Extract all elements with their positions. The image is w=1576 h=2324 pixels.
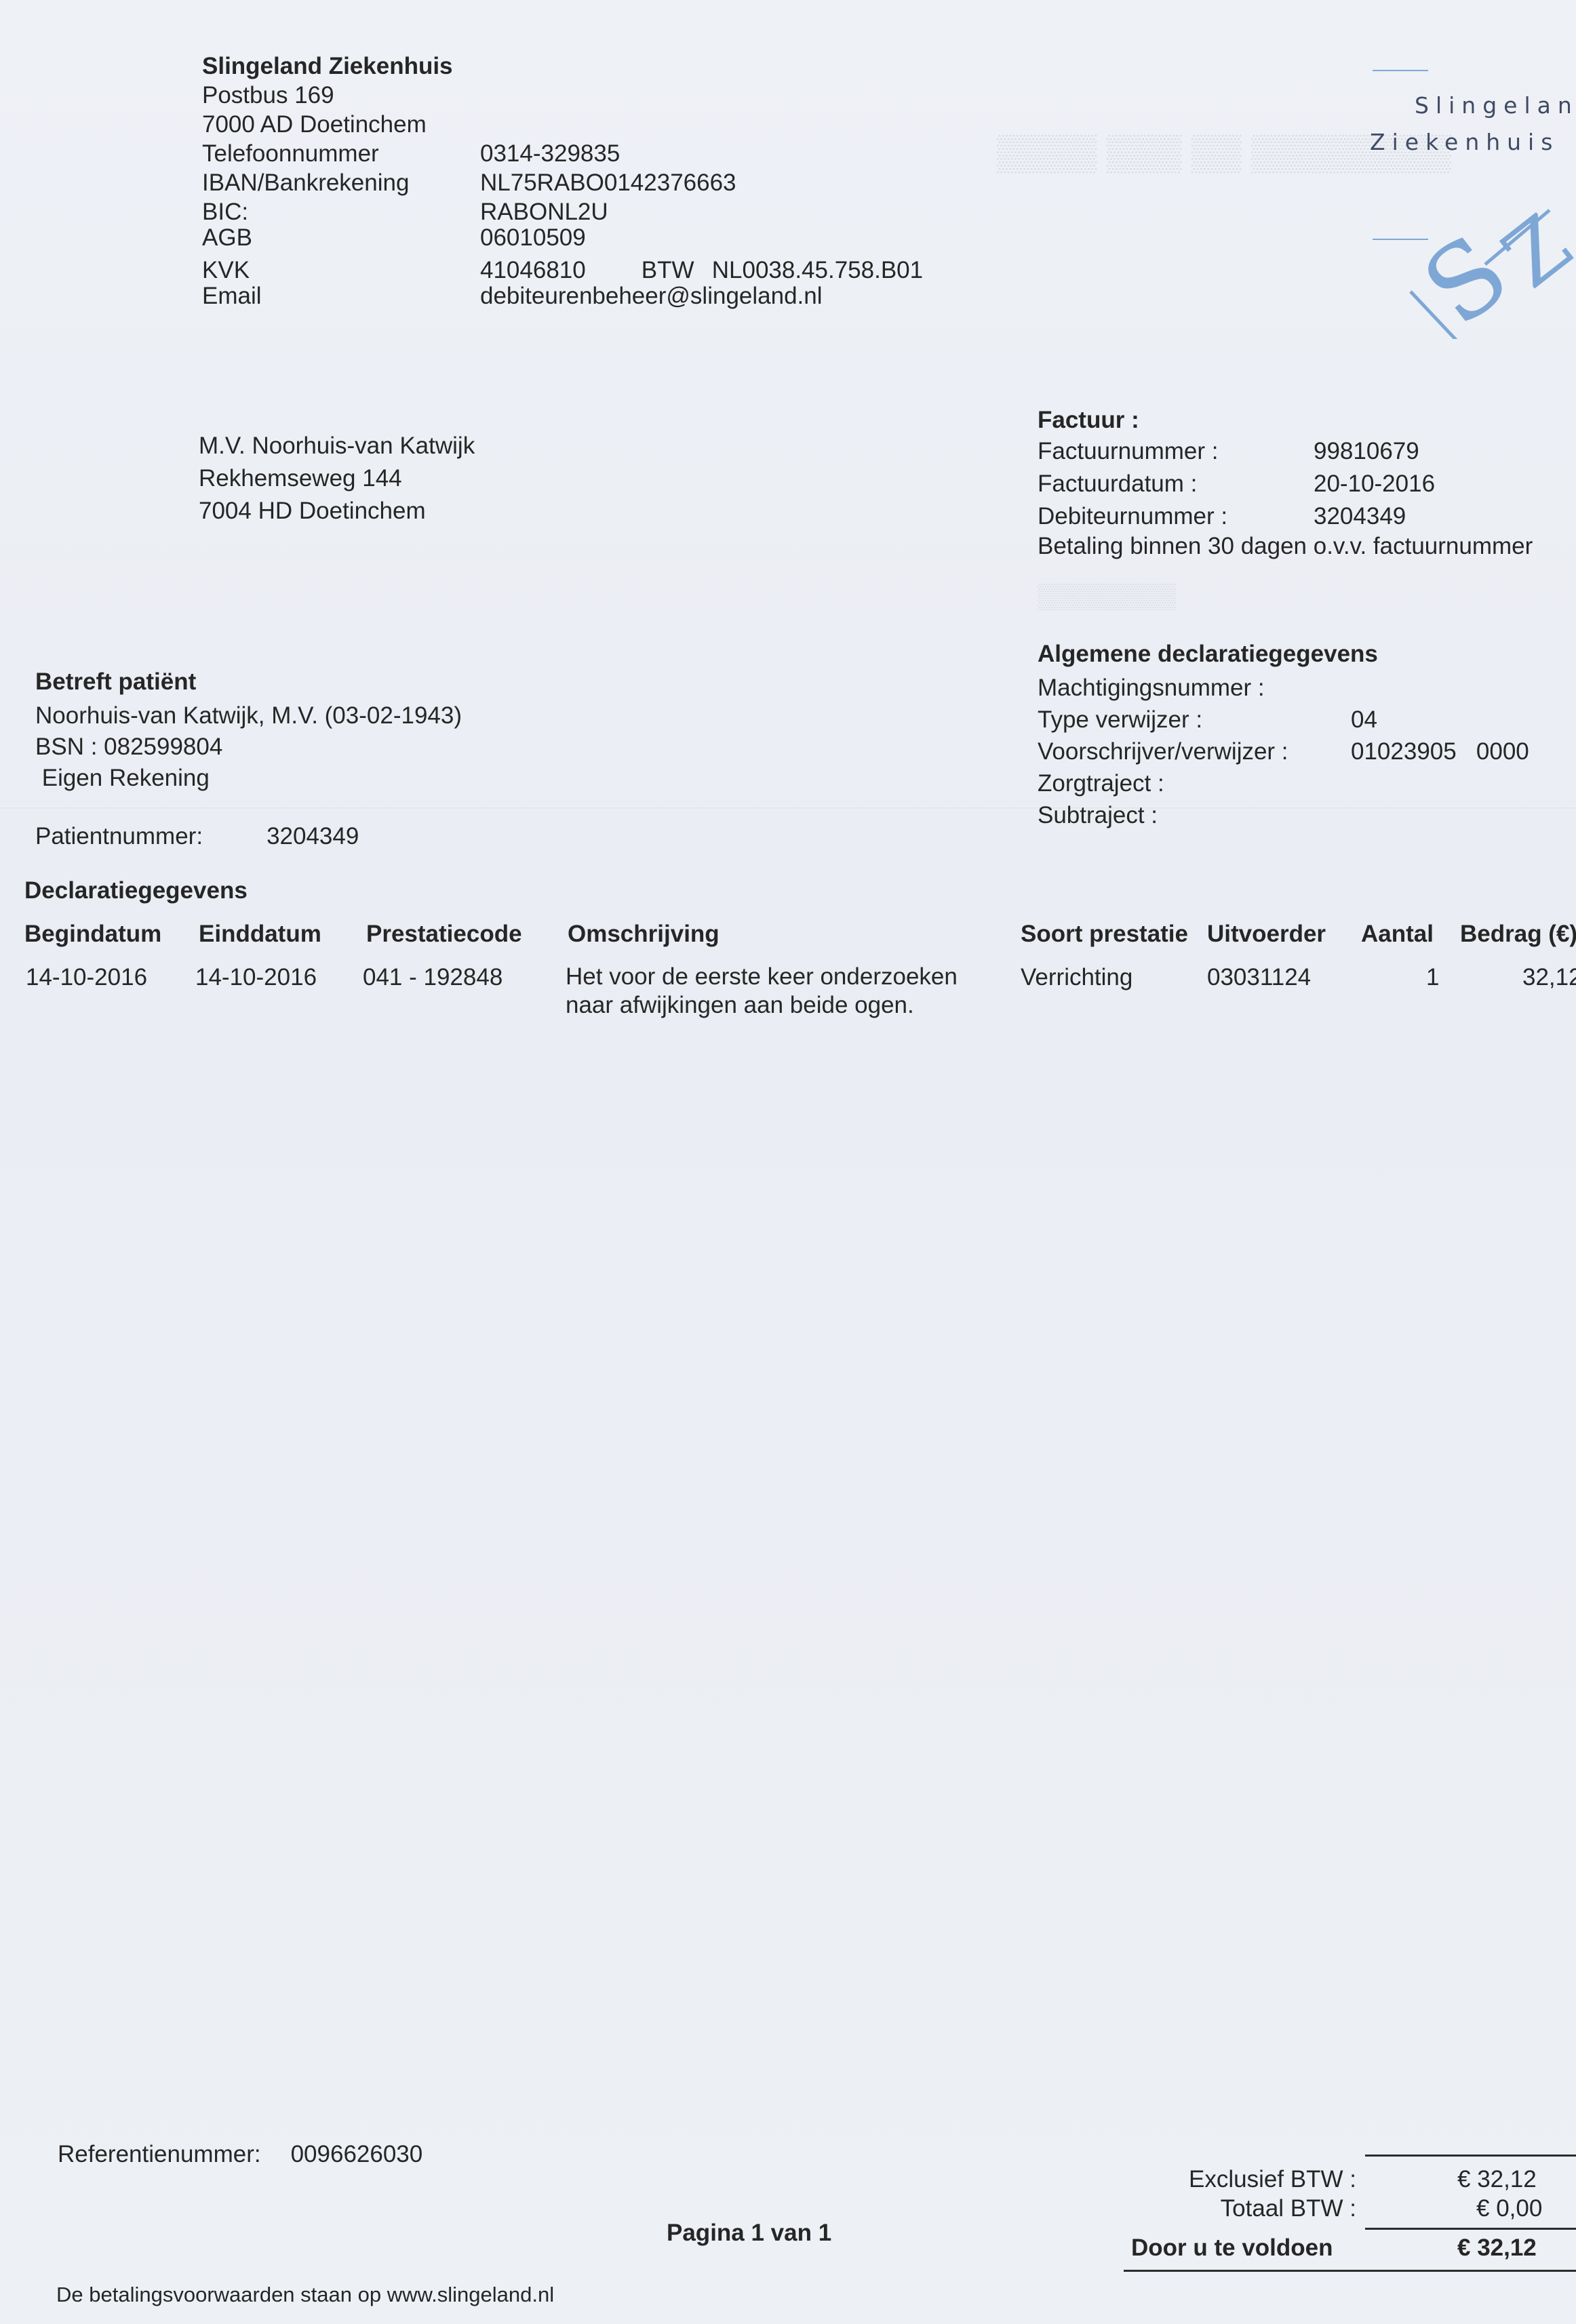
col-header-einddatum: Einddatum — [199, 921, 321, 948]
kvk-label: KVK — [202, 258, 480, 282]
invoice-details: Factuur : Factuurnummer : 99810679 Factu… — [1038, 408, 1533, 567]
patient-number-label: Patientnummer: — [35, 823, 203, 849]
sz-logo-mark-icon: S Z — [1397, 203, 1576, 339]
debtor-number-value: 3204349 — [1314, 504, 1406, 534]
general-claim-heading: Algemene declaratiegegevens — [1038, 642, 1529, 676]
claim-heading: Declaratiegegevens — [24, 879, 248, 902]
excl-btw-label: Exclusief BTW : — [1017, 2166, 1356, 2193]
invoice-number-row: Factuurnummer : 99810679 — [1038, 439, 1533, 472]
prescriber-value: 01023905 0000 — [1351, 740, 1529, 772]
cell-bedrag: 32,12 — [1522, 964, 1576, 991]
btw-label: BTW — [642, 258, 712, 282]
col-header-bedrag: Bedrag (€) — [1460, 921, 1576, 948]
btw-value: NL0038.45.758.B01 — [712, 258, 923, 282]
col-header-soort: Soort prestatie — [1021, 921, 1188, 948]
page-indicator: Pagina 1 van 1 — [667, 2221, 831, 2245]
debtor-number-row: Debiteurnummer : 3204349 — [1038, 504, 1533, 534]
invoice-heading: Factuur : — [1038, 408, 1533, 439]
invoice-date-value: 20-10-2016 — [1314, 472, 1435, 504]
agb-value: 06010509 — [480, 226, 586, 249]
prescriber-label: Voorschrijver/verwijzer : — [1038, 740, 1351, 772]
col-header-begindatum: Begindatum — [24, 921, 161, 948]
amount-due-label: Door u te voldoen — [1131, 2236, 1333, 2260]
phone-label: Telefoonnummer — [202, 142, 480, 165]
sender-block: Slingeland Ziekenhuis Postbus 169 7000 A… — [202, 54, 923, 313]
totals-rule-bottom — [1124, 2270, 1576, 2272]
payment-note: Betaling binnen 30 dagen o.v.v. factuurn… — [1038, 534, 1533, 567]
sender-address-line2: 7000 AD Doetinchem — [202, 113, 923, 142]
email-value: debiteurenbeheer@slingeland.nl — [480, 284, 823, 308]
general-claim-details: Algemene declaratiegegevens Machtigingsn… — [1038, 642, 1529, 835]
patient-account-type: Eigen Rekening — [35, 766, 462, 797]
authorization-number-label: Machtigingsnummer : — [1038, 676, 1351, 708]
sender-address-line1: Postbus 169 — [202, 83, 923, 113]
patient-details: Betreft patiënt Noorhuis-van Katwijk, M.… — [35, 670, 462, 797]
referrer-type-row: Type verwijzer : 04 — [1038, 708, 1529, 740]
patient-bsn: BSN : 082599804 — [35, 735, 462, 766]
email-label: Email — [202, 284, 480, 308]
amount-due-value: € 32,12 — [1457, 2236, 1537, 2260]
payment-terms-note: De betalingsvoorwaarden staan op www.sli… — [56, 2283, 554, 2307]
logo-text-line1: Slingeland — [1415, 92, 1576, 119]
phone-value: 0314-329835 — [480, 142, 620, 165]
reference-number-value: 0096626030 — [291, 2141, 423, 2167]
reference-number-label: Referentienummer: — [58, 2141, 261, 2167]
iban-value: NL75RABO0142376663 — [480, 171, 736, 195]
logo-text-line2: Ziekenhuis — [1370, 129, 1559, 155]
kvk-value: 41046810 — [480, 258, 586, 282]
debtor-number-label: Debiteurnummer : — [1038, 504, 1314, 534]
reference-number-row: Referentienummer:0096626030 — [58, 2142, 422, 2166]
col-header-prestatiecode: Prestatiecode — [366, 921, 522, 948]
care-pathway-row: Zorgtraject : — [1038, 772, 1529, 803]
recipient-city: 7004 HD Doetinchem — [199, 499, 475, 532]
agb-label: AGB — [202, 226, 480, 249]
totals-rule-top — [1365, 2155, 1576, 2157]
total-btw-label: Totaal BTW : — [1017, 2195, 1356, 2222]
sender-phone-row: Telefoonnummer 0314-329835 — [202, 142, 923, 171]
sender-iban-row: IBAN/Bankrekening NL75RABO0142376663 — [202, 171, 923, 200]
invoice-date-label: Factuurdatum : — [1038, 472, 1314, 504]
sender-email-row: Email debiteurenbeheer@slingeland.nl — [202, 284, 923, 313]
invoice-page — [0, 0, 1576, 2324]
sender-kvk-row: KVK 41046810 BTW NL0038.45.758.B01 — [202, 258, 923, 284]
patient-heading: Betreft patiënt — [35, 670, 462, 704]
bic-value: RABONL2U — [480, 200, 608, 224]
recipient-street: Rekhemseweg 144 — [199, 466, 475, 499]
excl-btw-value: € 32,12 — [1440, 2166, 1576, 2193]
col-header-omschrijving: Omschrijving — [568, 921, 720, 948]
patient-number-value: 3204349 — [267, 823, 359, 849]
referrer-type-value: 04 — [1351, 708, 1377, 740]
sender-agb-row: AGB 06010509 — [202, 226, 923, 258]
cell-uitvoerder: 03031124 — [1207, 964, 1311, 991]
col-header-aantal: Aantal — [1361, 921, 1434, 948]
subtrajectory-label: Subtraject : — [1038, 803, 1351, 835]
cell-prestatiecode: 041 - 192848 — [363, 964, 503, 991]
invoice-number-value: 99810679 — [1314, 439, 1419, 472]
cell-soort: Verrichting — [1021, 964, 1132, 991]
totals-rule-middle — [1365, 2228, 1576, 2230]
referrer-type-label: Type verwijzer : — [1038, 708, 1351, 740]
cell-omschrijving: Het voor de eerste keer onderzoeken naar… — [566, 963, 1006, 1020]
cell-begindatum: 14-10-2016 — [26, 964, 147, 991]
cell-aantal: 1 — [1426, 964, 1439, 991]
col-header-uitvoerder: Uitvoerder — [1207, 921, 1326, 948]
subtrajectory-row: Subtraject : — [1038, 803, 1529, 835]
recipient-address: M.V. Noorhuis-van Katwijk Rekhemseweg 14… — [199, 434, 475, 532]
iban-label: IBAN/Bankrekening — [202, 171, 480, 195]
bic-label: BIC: — [202, 200, 480, 224]
patient-name-dob: Noorhuis-van Katwijk, M.V. (03-02-1943) — [35, 704, 462, 735]
recipient-name: M.V. Noorhuis-van Katwijk — [199, 434, 475, 466]
invoice-number-label: Factuurnummer : — [1038, 439, 1314, 472]
sender-name: Slingeland Ziekenhuis — [202, 54, 923, 83]
care-pathway-label: Zorgtraject : — [1038, 772, 1351, 803]
authorization-number-row: Machtigingsnummer : — [1038, 676, 1529, 708]
patient-number-row: Patientnummer:3204349 — [35, 824, 359, 848]
cell-einddatum: 14-10-2016 — [195, 964, 317, 991]
total-btw-value: € 0,00 — [1440, 2195, 1576, 2222]
logo-rule-top — [1373, 70, 1428, 71]
sender-bic-row: BIC: RABONL2U — [202, 200, 923, 226]
prescriber-row: Voorschrijver/verwijzer : 01023905 0000 — [1038, 740, 1529, 772]
invoice-date-row: Factuurdatum : 20-10-2016 — [1038, 472, 1533, 504]
